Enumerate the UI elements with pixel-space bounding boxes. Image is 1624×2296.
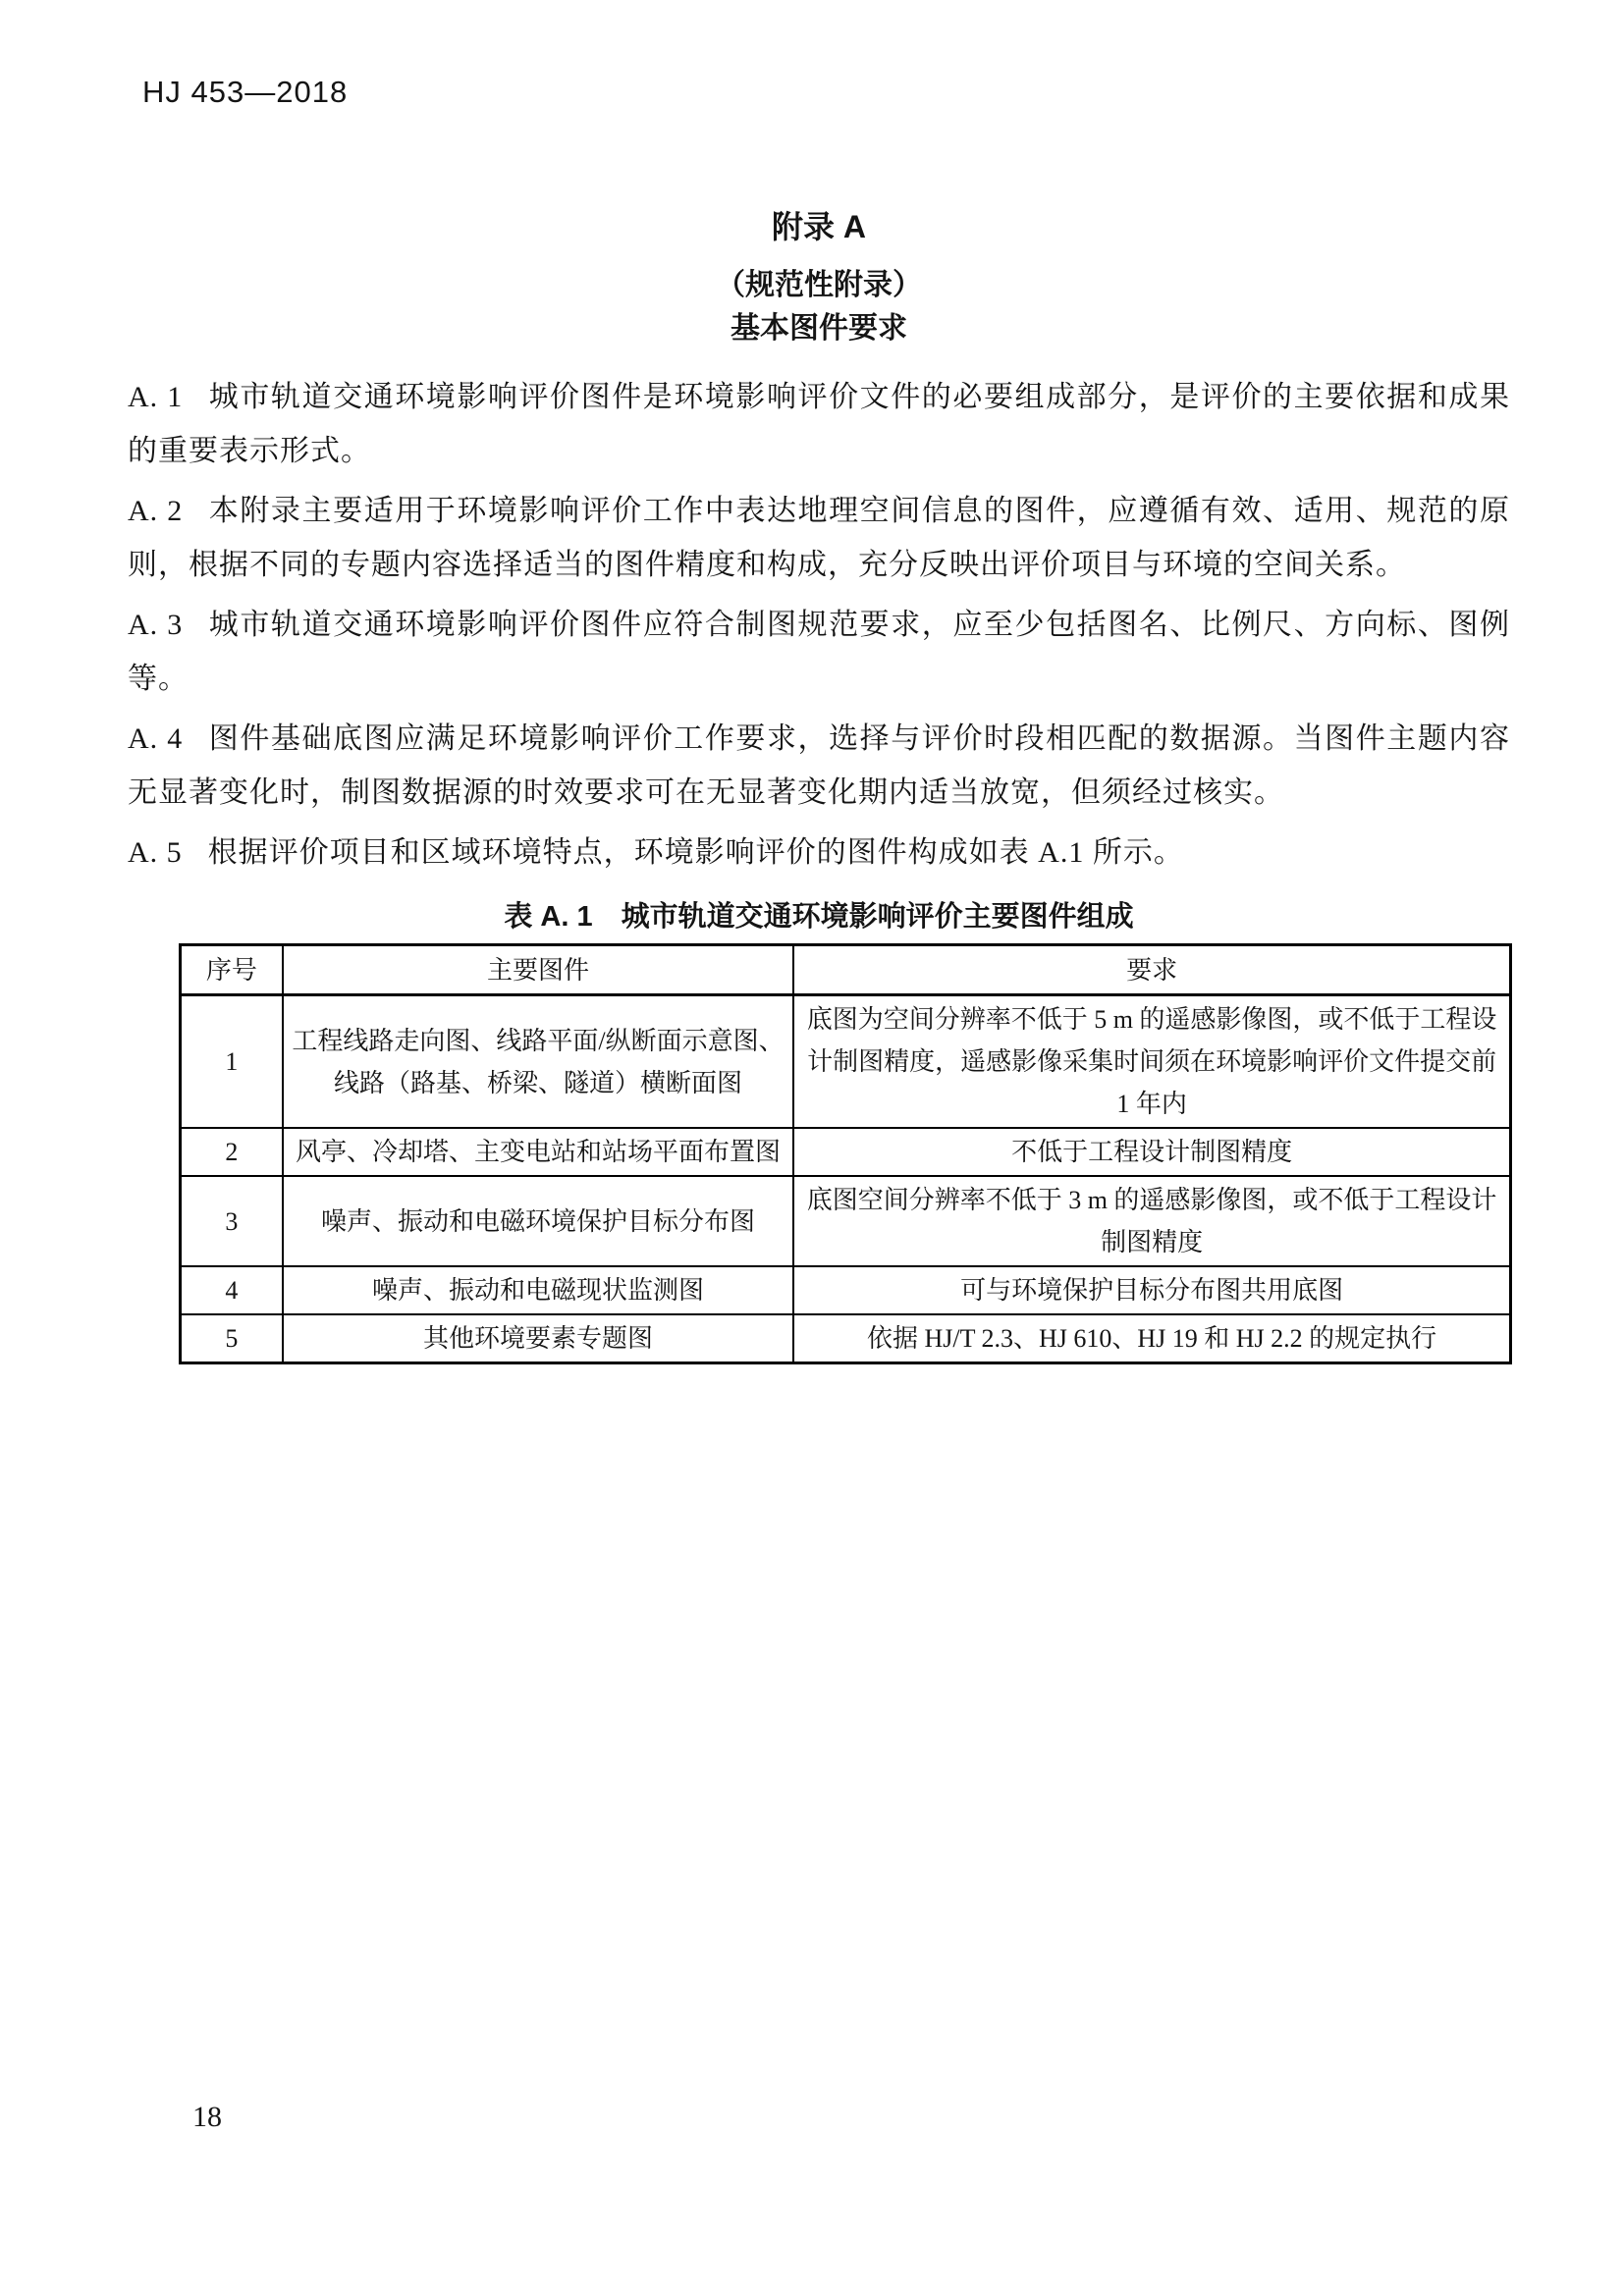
appendix-title: 附录 A xyxy=(128,209,1510,244)
cell-item: 工程线路走向图、线路平面/纵断面示意图、线路（路基、桥梁、隧道）横断面图 xyxy=(283,995,793,1129)
paragraph-a5-text: 根据评价项目和区域环境特点，环境影响评价的图件构成如表 A.1 所示。 xyxy=(208,836,1184,869)
column-header-no: 序号 xyxy=(181,945,283,995)
cell-item: 风亭、冷却塔、主变电站和站场平面布置图 xyxy=(283,1128,793,1176)
cell-requirement: 底图为空间分辨率不低于 5 m 的遥感影像图，或不低于工程设计制图精度，遥感影像… xyxy=(793,995,1510,1129)
table-caption: 表 A. 1 城市轨道交通环境影响评价主要图件组成 xyxy=(128,895,1510,939)
column-header-requirement: 要求 xyxy=(793,945,1510,995)
paragraph-a3-text: 城市轨道交通环境影响评价图件应符合制图规范要求，应至少包括图名、比例尺、方向标、… xyxy=(128,609,1510,695)
paragraph-a2: A. 2本附录主要适用于环境影响评价工作中表达地理空间信息的图件，应遵循有效、适… xyxy=(128,484,1510,592)
table-row: 5 其他环境要素专题图 依据 HJ/T 2.3、HJ 610、HJ 19 和 H… xyxy=(181,1314,1511,1363)
column-header-item: 主要图件 xyxy=(283,945,793,995)
table-row: 2 风亭、冷却塔、主变电站和站场平面布置图 不低于工程设计制图精度 xyxy=(181,1128,1511,1176)
paragraph-a1-text: 城市轨道交通环境影响评价图件是环境影响评价文件的必要组成部分，是评价的主要依据和… xyxy=(128,381,1510,467)
paragraph-a2-text: 本附录主要适用于环境影响评价工作中表达地理空间信息的图件，应遵循有效、适用、规范… xyxy=(128,495,1510,581)
page-number: 18 xyxy=(192,2101,222,2134)
paragraph-a1-label: A. 1 xyxy=(128,381,208,413)
table-header-row: 序号 主要图件 要求 xyxy=(181,945,1511,995)
cell-no: 4 xyxy=(181,1266,283,1314)
paragraph-a5-label: A. 5 xyxy=(128,836,208,869)
cell-no: 1 xyxy=(181,995,283,1129)
appendix-heading: 基本图件要求 xyxy=(128,311,1510,347)
paragraph-a1: A. 1城市轨道交通环境影响评价图件是环境影响评价文件的必要组成部分，是评价的主… xyxy=(128,370,1510,478)
cell-requirement: 可与环境保护目标分布图共用底图 xyxy=(793,1266,1510,1314)
table-row: 3 噪声、振动和电磁环境保护目标分布图 底图空间分辨率不低于 3 m 的遥感影像… xyxy=(181,1176,1511,1266)
cell-requirement: 依据 HJ/T 2.3、HJ 610、HJ 19 和 HJ 2.2 的规定执行 xyxy=(793,1314,1510,1363)
paragraph-a3: A. 3城市轨道交通环境影响评价图件应符合制图规范要求，应至少包括图名、比例尺、… xyxy=(128,598,1510,706)
table-row: 1 工程线路走向图、线路平面/纵断面示意图、线路（路基、桥梁、隧道）横断面图 底… xyxy=(181,995,1511,1129)
table-row: 4 噪声、振动和电磁现状监测图 可与环境保护目标分布图共用底图 xyxy=(181,1266,1511,1314)
paragraph-a2-label: A. 2 xyxy=(128,495,208,527)
drawings-requirements-table: 序号 主要图件 要求 1 工程线路走向图、线路平面/纵断面示意图、线路（路基、桥… xyxy=(179,943,1512,1364)
document-page: HJ 453—2018 附录 A （规范性附录） 基本图件要求 A. 1城市轨道… xyxy=(0,0,1624,2296)
cell-item: 噪声、振动和电磁环境保护目标分布图 xyxy=(283,1176,793,1266)
cell-no: 3 xyxy=(181,1176,283,1266)
paragraph-a4: A. 4图件基础底图应满足环境影响评价工作要求，选择与评价时段相匹配的数据源。当… xyxy=(128,712,1510,820)
cell-no: 5 xyxy=(181,1314,283,1363)
paragraph-a4-label: A. 4 xyxy=(128,722,208,755)
cell-item: 其他环境要素专题图 xyxy=(283,1314,793,1363)
cell-requirement: 底图空间分辨率不低于 3 m 的遥感影像图，或不低于工程设计制图精度 xyxy=(793,1176,1510,1266)
paragraph-a4-text: 图件基础底图应满足环境影响评价工作要求，选择与评价时段相匹配的数据源。当图件主题… xyxy=(128,722,1510,809)
appendix-subtitle: （规范性附录） xyxy=(128,268,1510,303)
cell-requirement: 不低于工程设计制图精度 xyxy=(793,1128,1510,1176)
paragraph-a5: A. 5根据评价项目和区域环境特点，环境影响评价的图件构成如表 A.1 所示。 xyxy=(128,826,1510,880)
page-content: 附录 A （规范性附录） 基本图件要求 A. 1城市轨道交通环境影响评价图件是环… xyxy=(128,0,1510,1364)
cell-item: 噪声、振动和电磁现状监测图 xyxy=(283,1266,793,1314)
paragraph-a3-label: A. 3 xyxy=(128,609,208,641)
cell-no: 2 xyxy=(181,1128,283,1176)
